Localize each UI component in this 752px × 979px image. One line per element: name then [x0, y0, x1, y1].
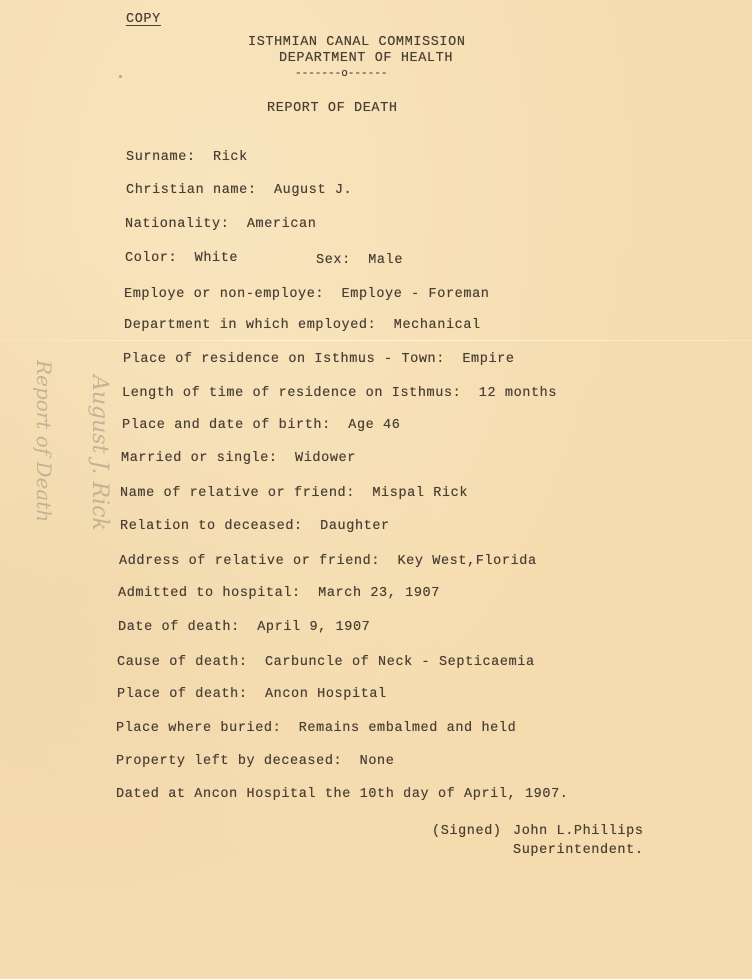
field-value: March 23, 1907 [318, 586, 440, 601]
field-burial-place: Place where buried: Remains embalmed and… [116, 721, 516, 736]
field-employment: Employe or non-employe: Employe - Forema… [124, 287, 489, 302]
field-value: Male [368, 253, 403, 268]
signer-name: John L.Phillips [513, 824, 644, 839]
field-label: Property left by deceased: [116, 754, 342, 769]
field-value: Mispal Rick [372, 486, 468, 501]
field-label: Married or single: [121, 451, 278, 466]
field-label: Length of time of residence on Isthmus: [122, 386, 461, 401]
field-value: Employe - Foreman [342, 287, 490, 302]
field-label: Name of relative or friend: [120, 486, 355, 501]
field-date-of-death: Date of death: April 9, 1907 [118, 620, 370, 635]
field-residence-town: Place of residence on Isthmus - Town: Em… [123, 352, 515, 367]
field-surname: Surname: Rick [126, 150, 248, 165]
field-label: Admitted to hospital: [118, 586, 301, 601]
field-birth: Place and date of birth: Age 46 [122, 418, 400, 433]
field-label: Employe or non-employe: [124, 287, 324, 302]
field-value: Widower [295, 451, 356, 466]
field-christian-name: Christian name: August J. [126, 183, 352, 198]
header-commission: ISTHMIAN CANAL COMMISSION [248, 35, 466, 50]
field-label: Surname: [126, 150, 196, 165]
field-value: Remains embalmed and held [299, 721, 517, 736]
field-cause-of-death: Cause of death: Carbuncle of Neck - Sept… [117, 655, 535, 670]
field-value: August J. [274, 183, 352, 198]
field-label: Date of death: [118, 620, 240, 635]
field-value: Daughter [320, 519, 390, 534]
field-relation: Relation to deceased: Daughter [120, 519, 390, 534]
field-department: Department in which employed: Mechanical [124, 318, 481, 333]
header-separator: -------o------ [295, 68, 387, 80]
field-value: Age 46 [348, 418, 400, 433]
margin-note-pencil: August J. Rick [87, 375, 112, 531]
field-value: April 9, 1907 [257, 620, 370, 635]
field-relative-address: Address of relative or friend: Key West,… [119, 554, 537, 569]
document-page: COPY ISTHMIAN CANAL COMMISSION DEPARTMEN… [0, 0, 752, 979]
document-title: REPORT OF DEATH [267, 101, 398, 116]
field-value: White [195, 251, 239, 266]
field-label: Cause of death: [117, 655, 248, 670]
signed-mark: (Signed) [432, 824, 502, 839]
header-department: DEPARTMENT OF HEALTH [279, 51, 453, 66]
field-label: Christian name: [126, 183, 257, 198]
field-value: Rick [213, 150, 248, 165]
field-value: Ancon Hospital [265, 687, 387, 702]
field-value: American [247, 217, 317, 232]
field-nationality: Nationality: American [125, 217, 316, 232]
field-label: Sex: [316, 253, 351, 268]
field-marital-status: Married or single: Widower [121, 451, 356, 466]
field-sex: Sex: Male [316, 253, 403, 268]
margin-note-pencil: Report of Death [32, 360, 56, 522]
dated-line: Dated at Ancon Hospital the 10th day of … [116, 787, 568, 802]
field-label: Address of relative or friend: [119, 554, 380, 569]
field-color: Color: White [125, 251, 238, 266]
field-admitted: Admitted to hospital: March 23, 1907 [118, 586, 440, 601]
field-relative-name: Name of relative or friend: Mispal Rick [120, 486, 468, 501]
field-value: Empire [462, 352, 514, 367]
field-value: Mechanical [394, 318, 481, 333]
field-value: Carbuncle of Neck - Septicaemia [265, 655, 535, 670]
field-label: Place of residence on Isthmus - Town: [123, 352, 445, 367]
field-label: Place where buried: [116, 721, 281, 736]
signer-title: Superintendent. [513, 843, 644, 858]
field-value: None [360, 754, 395, 769]
field-label: Place of death: [117, 687, 248, 702]
field-label: Department in which employed: [124, 318, 376, 333]
field-residence-length: Length of time of residence on Isthmus: … [122, 386, 557, 401]
fold-line [0, 340, 752, 341]
field-value: 12 months [479, 386, 557, 401]
ink-speck [119, 75, 122, 78]
field-label: Color: [125, 251, 177, 266]
field-place-of-death: Place of death: Ancon Hospital [117, 687, 387, 702]
field-property: Property left by deceased: None [116, 754, 394, 769]
copy-mark: COPY [126, 12, 161, 27]
field-label: Relation to deceased: [120, 519, 303, 534]
field-label: Place and date of birth: [122, 418, 331, 433]
field-label: Nationality: [125, 217, 229, 232]
field-value: Key West,Florida [397, 554, 536, 569]
